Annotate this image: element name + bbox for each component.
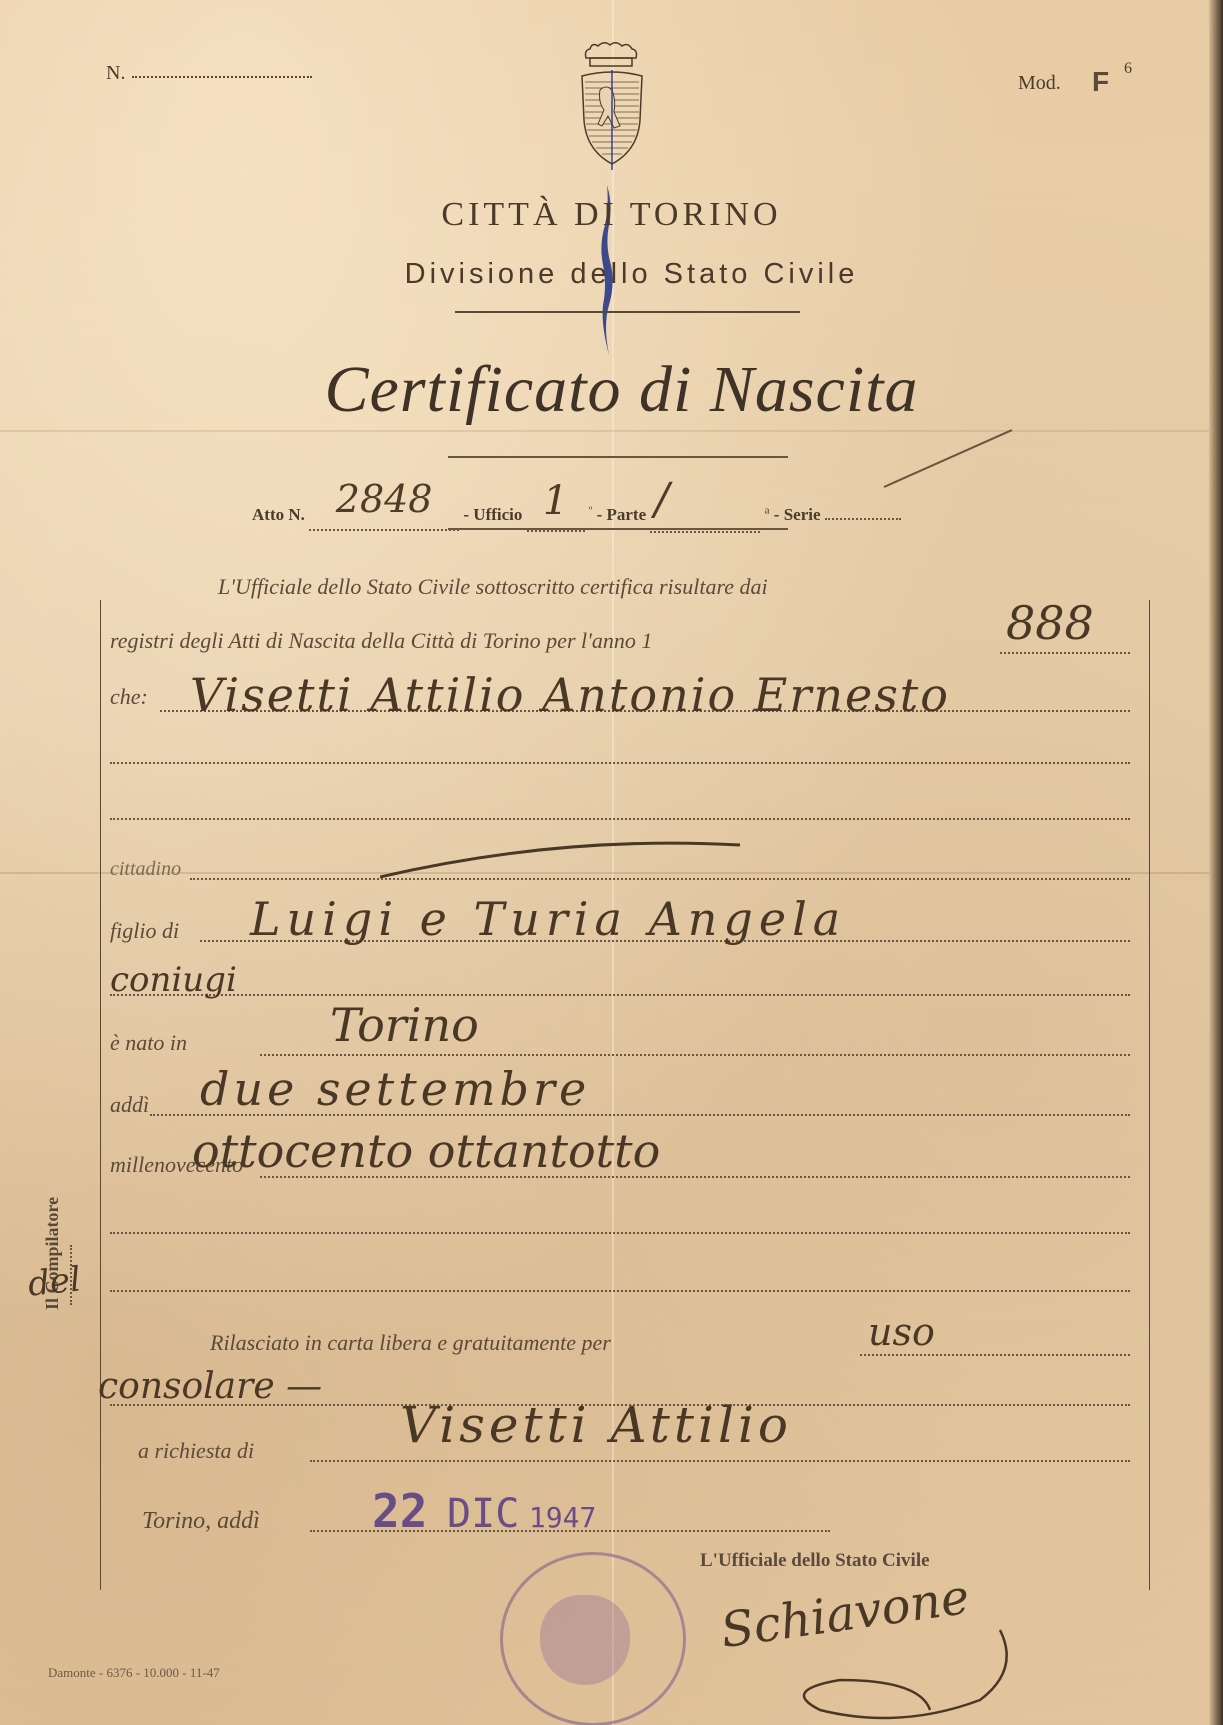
purpose-field	[860, 1354, 1130, 1356]
seal-crest-icon	[540, 1595, 630, 1685]
place-date-label: Torino, addì	[142, 1508, 260, 1535]
che-label: che:	[110, 684, 148, 710]
year-field	[1000, 652, 1130, 654]
parents-cont-field	[110, 994, 1130, 996]
stamp-day: 22	[372, 1484, 427, 1538]
ufficio-label: - Ufficio	[463, 505, 522, 524]
date-stamp: 22 DIC 1947	[372, 1484, 596, 1538]
birthplace-field	[260, 1054, 1130, 1056]
serial-number-label: N.	[106, 62, 125, 85]
birth-year-handwritten: ottocento ottantotto	[192, 1124, 660, 1178]
model-superscript: 6	[1124, 60, 1132, 78]
blank-line-2	[110, 818, 1130, 820]
serial-number-field	[132, 76, 312, 78]
blank-line-1	[110, 762, 1130, 764]
request-label: a richiesta di	[138, 1438, 254, 1464]
intro-line-2: registri degli Atti di Nascita della Cit…	[110, 628, 652, 654]
printer-imprint: Damonte - 6376 - 10.000 - 11-47	[48, 1665, 220, 1681]
serie-field	[825, 518, 901, 520]
addi-label: addì	[110, 1092, 149, 1118]
division-heading: Divisione dello Stato Civile	[0, 258, 1223, 291]
compilatore-initials: del	[26, 1259, 83, 1304]
atto-number-value: 2848	[336, 477, 433, 521]
blank-line-4	[110, 1290, 1130, 1292]
parents-cont-handwritten: coniugi	[110, 960, 237, 1000]
requester-field	[310, 1460, 1130, 1462]
registration-rule-top	[448, 456, 788, 458]
ufficio-suffix: º	[589, 504, 592, 516]
parte-suffix: a	[765, 504, 770, 516]
name-handwritten: Visetti Attilio Antonio Ernesto	[190, 668, 950, 722]
figlio-label: figlio di	[110, 918, 179, 944]
purpose-handwritten-1: uso	[868, 1310, 935, 1354]
atto-number-field: 2848	[309, 485, 459, 531]
birth-day-handwritten: due settembre	[200, 1062, 590, 1116]
purpose-handwritten-2: consolare —	[98, 1366, 322, 1407]
document-title: Certificato di Nascita	[0, 352, 1223, 428]
stamp-year: 1947	[529, 1501, 596, 1534]
officer-title: L'Ufficiale dello Stato Civile	[700, 1550, 930, 1572]
serie-strike-line	[884, 429, 1013, 488]
parte-value: /	[650, 474, 669, 525]
serie-label: - Serie	[774, 505, 821, 524]
registration-row: Atto N. 2848 - Ufficio 1 º - Parte / a -…	[252, 480, 901, 533]
intro-line-1: L'Ufficiale dello Stato Civile sottoscri…	[218, 574, 768, 600]
signature-flourish	[780, 1610, 1040, 1720]
stamp-month: DIC	[447, 1491, 519, 1537]
parte-label: - Parte	[597, 505, 647, 524]
coat-of-arms-icon	[572, 40, 652, 170]
paper-fold-horizontal-upper	[0, 430, 1223, 432]
atto-label: Atto N.	[252, 505, 305, 524]
cittadino-label: cittadino	[110, 858, 181, 881]
year-handwritten: 888	[1006, 596, 1094, 650]
model-label: Mod.	[1018, 72, 1061, 95]
ufficio-field: 1	[527, 484, 585, 532]
requester-handwritten: Visetti Attilio	[400, 1396, 792, 1454]
title-divider	[455, 311, 800, 313]
release-label: Rilasciato in carta libera e gratuitamen…	[210, 1330, 611, 1356]
parents-handwritten: Luigi e Turia Angela	[250, 892, 846, 946]
blank-line-3	[110, 1232, 1130, 1234]
birthplace-handwritten: Torino	[330, 998, 479, 1052]
parte-field: /	[650, 480, 760, 533]
city-heading: CITTÀ DI TORINO	[0, 196, 1223, 234]
nato-label: è nato in	[110, 1030, 187, 1056]
cittadino-strike-stroke	[380, 835, 740, 885]
ufficio-value: 1	[543, 478, 568, 524]
model-code: F	[1092, 66, 1109, 98]
